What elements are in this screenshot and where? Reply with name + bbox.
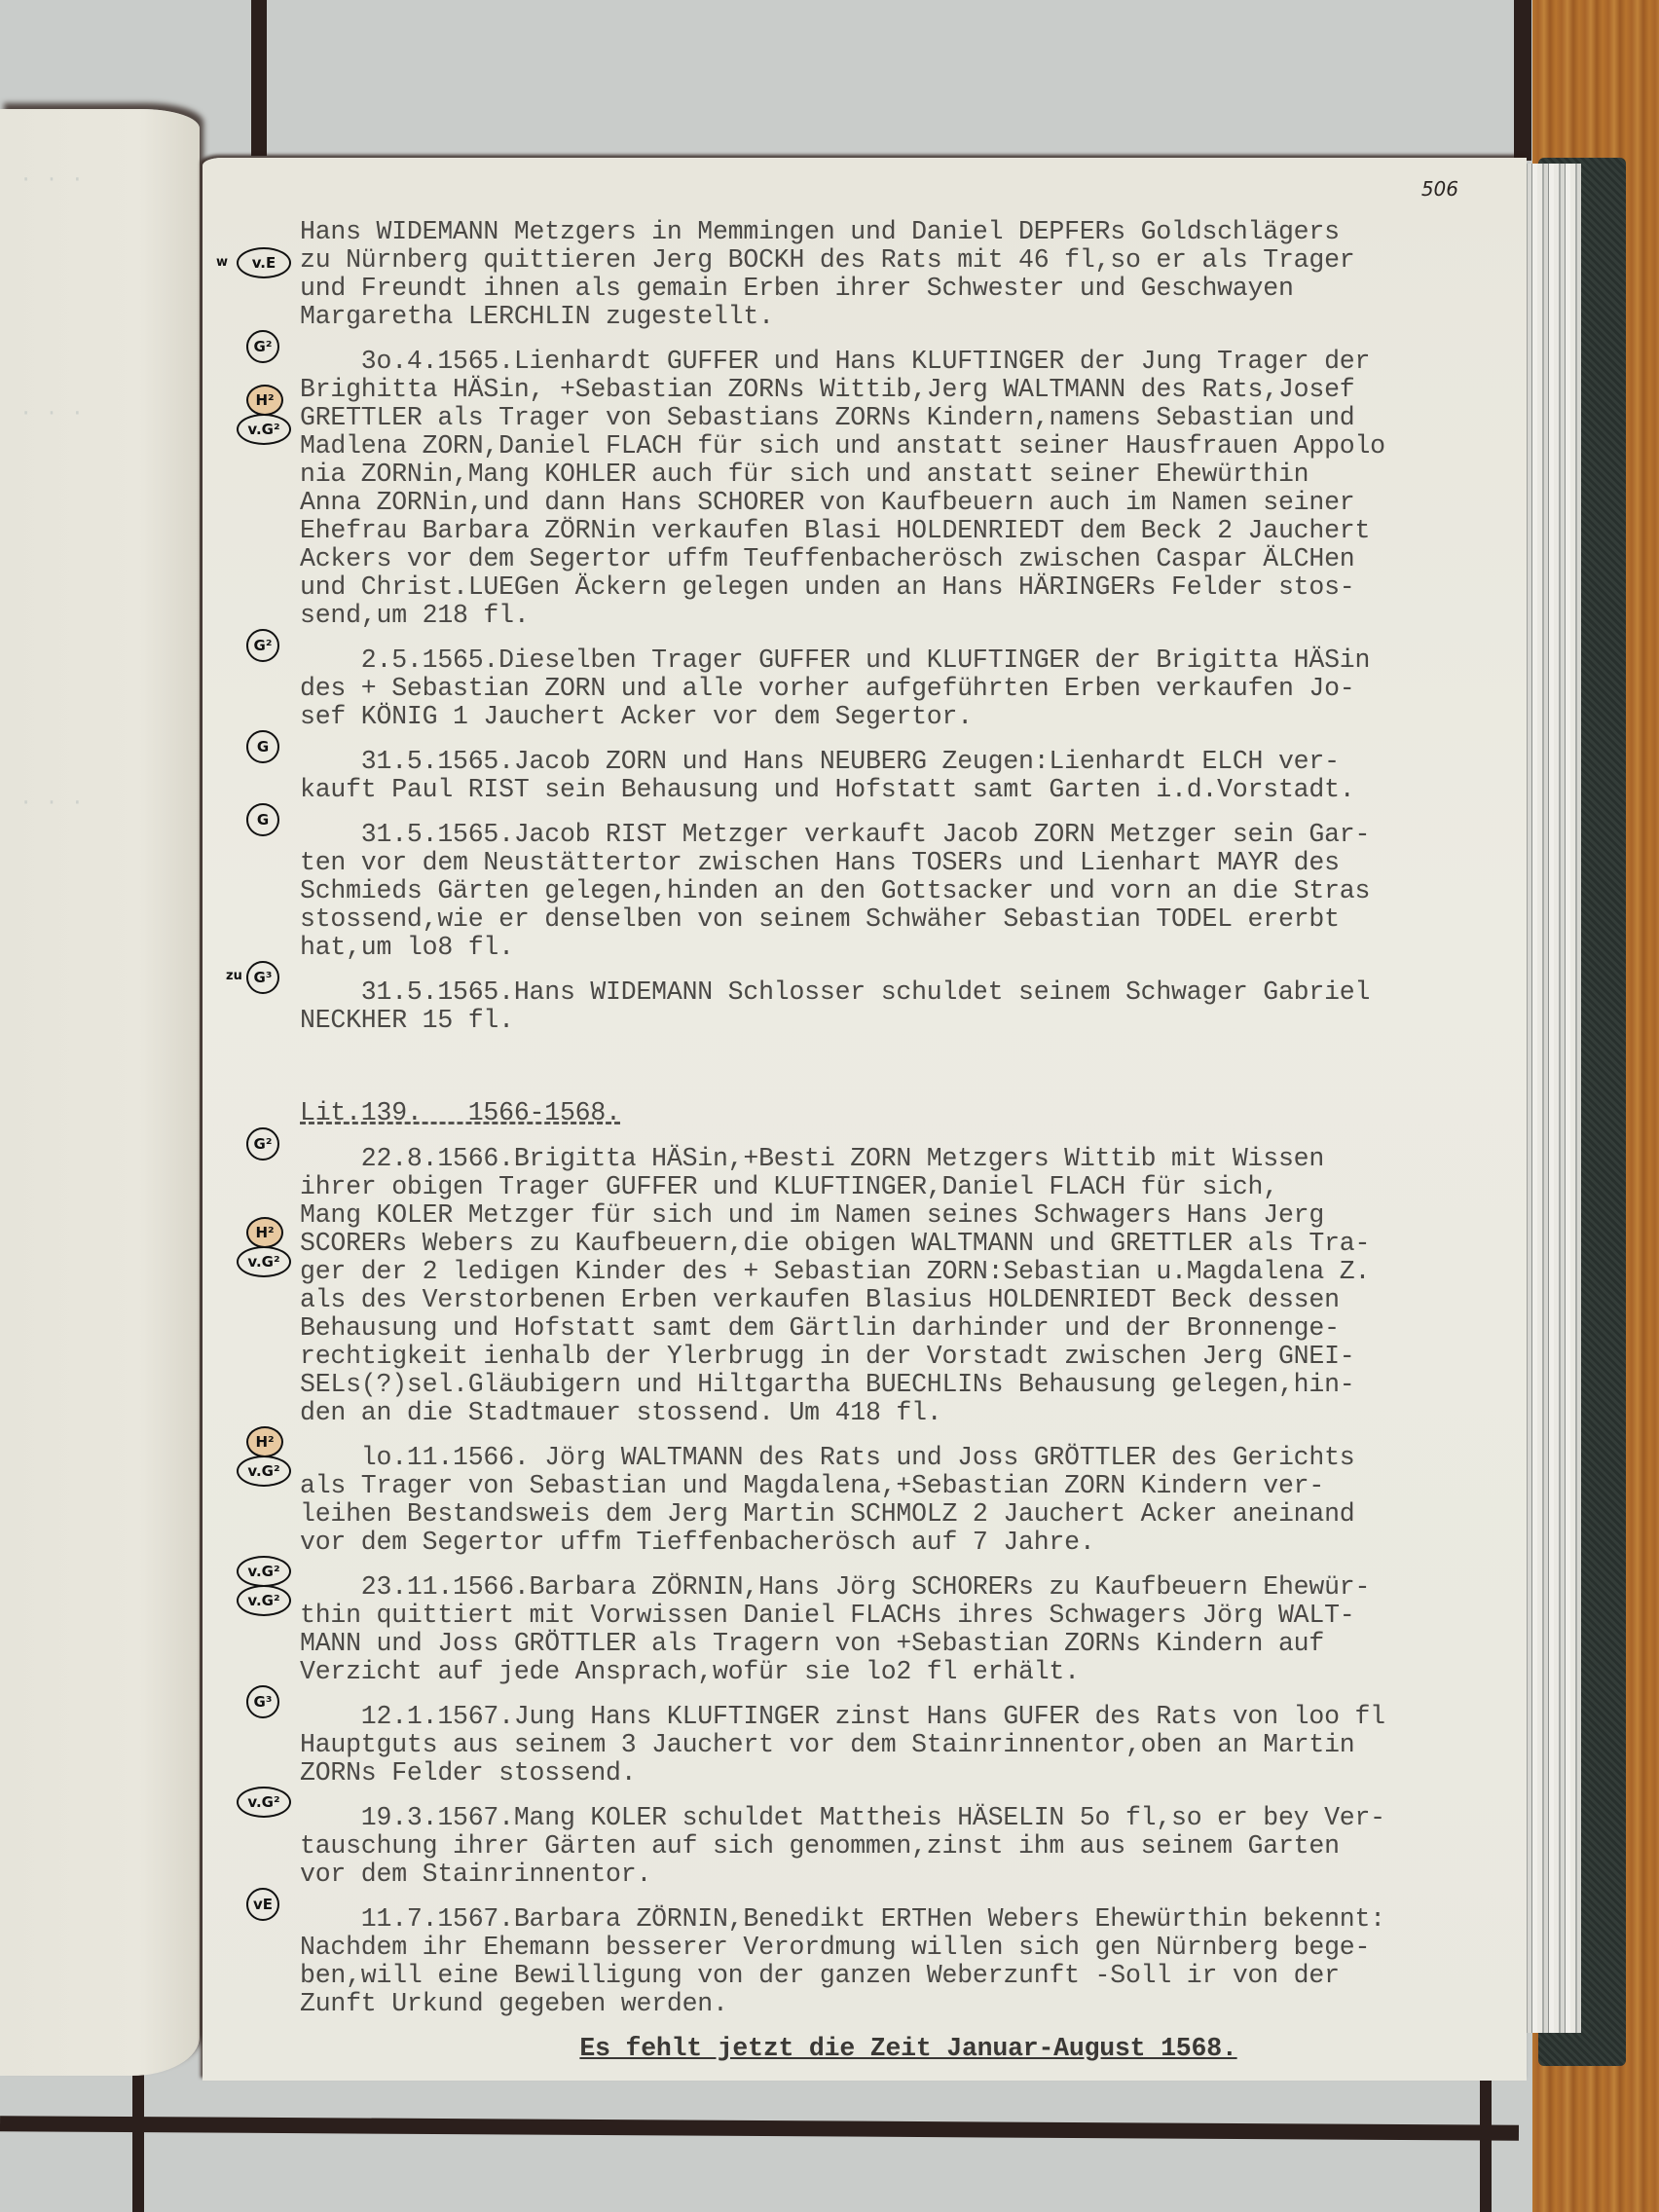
margin-annotation-badge: G	[246, 803, 279, 836]
document-entry: 11.7.1567.Barbara ZÖRNIN,Benedikt ERTHen…	[300, 1905, 1517, 2018]
margin-annotation-badge: G²	[246, 330, 279, 363]
margin-annotation-badge: G	[246, 730, 279, 763]
text-line: vor dem Segertor uffm Tieffenbacherösch …	[300, 1529, 1517, 1557]
margin-annotation-badge: v.G²	[237, 414, 291, 445]
floor-tile-grout-vertical	[251, 0, 267, 156]
text-line: ihrer obigen Trager GUFFER und KLUFTINGE…	[300, 1173, 1517, 1201]
margin-annotation-badge: H²	[246, 1426, 283, 1457]
margin-annotation-badge: v.G²	[237, 1787, 291, 1818]
text-line: 2.5.1565.Dieselben Trager GUFFER und KLU…	[300, 646, 1517, 675]
text-line: leihen Bestandsweis dem Jerg Martin SCHM…	[300, 1500, 1517, 1529]
text-line: Mang KOLER Metzger für sich und im Namen…	[300, 1201, 1517, 1230]
document-entry: 3o.4.1565.Lienhardt GUFFER und Hans KLUF…	[300, 348, 1517, 630]
text-line: Hans WIDEMANN Metzgers in Memmingen und …	[300, 218, 1517, 246]
entries-1565: Hans WIDEMANN Metzgers in Memmingen und …	[300, 218, 1517, 1035]
text-line: als Trager von Sebastian und Magdalena,+…	[300, 1472, 1517, 1500]
page-edge-stack	[1521, 164, 1581, 2033]
text-line: 22.8.1566.Brigitta HÄSin,+Besti ZORN Met…	[300, 1145, 1517, 1173]
text-line: Behausung und Hofstatt samt dem Gärtlin …	[300, 1314, 1517, 1343]
text-line: und Freundt ihnen als gemain Erben ihrer…	[300, 275, 1517, 303]
text-line: Brighitta HÄSin, +Sebastian ZORNs Wittib…	[300, 376, 1517, 404]
text-line: stossend,wie er denselben von seinem Sch…	[300, 905, 1517, 934]
floor-tile-grout-vertical	[132, 2072, 144, 2212]
text-line: Hauptguts aus seinem 3 Jauchert vor dem …	[300, 1731, 1517, 1759]
text-line: 12.1.1567.Jung Hans KLUFTINGER zinst Han…	[300, 1703, 1517, 1731]
entries-1566-1568: 22.8.1566.Brigitta HÄSin,+Besti ZORN Met…	[300, 1145, 1517, 2018]
document-page: 506 Hans WIDEMANN Metzgers in Memmingen …	[203, 158, 1527, 2081]
document-entry: Hans WIDEMANN Metzgers in Memmingen und …	[300, 218, 1517, 331]
closing-note: Es fehlt jetzt die Zeit Januar-August 15…	[300, 2035, 1517, 2063]
text-line: SELs(?)sel.Gläubigern und Hiltgartha BUE…	[300, 1371, 1517, 1399]
document-entry: 2.5.1565.Dieselben Trager GUFFER und KLU…	[300, 646, 1517, 731]
bleed-through-text: · · ·	[19, 401, 84, 425]
text-line: ten vor dem Neustättertor zwischen Hans …	[300, 849, 1517, 877]
text-line: Nachdem ihr Ehemann besserer Verordmung …	[300, 1934, 1517, 1962]
margin-annotation-badge: v.G²	[237, 1556, 291, 1587]
text-line: 31.5.1565.Jacob RIST Metzger verkauft Ja…	[300, 821, 1517, 849]
text-line: lo.11.1566. Jörg WALTMANN des Rats und J…	[300, 1444, 1517, 1472]
text-line: 3o.4.1565.Lienhardt GUFFER und Hans KLUF…	[300, 348, 1517, 376]
text-line: rechtigkeit ienhalb der Ylerbrugg in der…	[300, 1343, 1517, 1371]
margin-annotation-badge: v.G²	[237, 1456, 291, 1487]
margin-annotation-prefix: zu	[226, 969, 242, 983]
text-line: Anna ZORNin,und dann Hans SCHORER von Ka…	[300, 489, 1517, 517]
text-line: den an die Stadtmauer stossend. Um 418 f…	[300, 1399, 1517, 1427]
text-line: ZORNs Felder stossend.	[300, 1759, 1517, 1788]
text-line: 11.7.1567.Barbara ZÖRNIN,Benedikt ERTHen…	[300, 1905, 1517, 1934]
document-entry: 12.1.1567.Jung Hans KLUFTINGER zinst Han…	[300, 1703, 1517, 1788]
margin-annotation-badge: G²	[246, 629, 279, 662]
floor-tile-grout-horizontal	[0, 2116, 1519, 2141]
text-line: Zunft Urkund gegeben werden.	[300, 1990, 1517, 2018]
document-entry: 31.5.1565.Jacob RIST Metzger verkauft Ja…	[300, 821, 1517, 962]
text-line: nia ZORNin,Mang KOHLER auch für sich und…	[300, 461, 1517, 489]
document-entry: 31.5.1565.Jacob ZORN und Hans NEUBERG Ze…	[300, 748, 1517, 804]
text-line: ben,will eine Bewilligung von der ganzen…	[300, 1962, 1517, 1990]
facing-page-left: · · · · · · · · ·	[0, 109, 200, 2076]
document-entry: 31.5.1565.Hans WIDEMANN Schlosser schuld…	[300, 978, 1517, 1035]
margin-annotation-badge: vE	[246, 1888, 279, 1921]
text-line: vor dem Stainrinnentor.	[300, 1861, 1517, 1889]
text-line: Ehefrau Barbara ZÖRNin verkaufen Blasi H…	[300, 517, 1517, 545]
text-line: 31.5.1565.Hans WIDEMANN Schlosser schuld…	[300, 978, 1517, 1007]
text-line: GRETTLER als Trager von Sebastians ZORNs…	[300, 404, 1517, 432]
text-line: NECKHER 15 fl.	[300, 1007, 1517, 1035]
text-line: sef KÖNIG 1 Jauchert Acker vor dem Seger…	[300, 703, 1517, 731]
text-line: ger der 2 ledigen Kinder des + Sebastian…	[300, 1258, 1517, 1286]
floor-tile-grout-vertical	[1514, 0, 1531, 161]
page-body: Hans WIDEMANN Metzgers in Memmingen und …	[300, 218, 1517, 2063]
page-number: 506	[1421, 177, 1458, 201]
section-heading: Lit.139. 1566-1568.	[300, 1099, 1517, 1127]
text-line: Margaretha LERCHLIN zugestellt.	[300, 303, 1517, 331]
text-line: tauschung ihrer Gärten auf sich genommen…	[300, 1832, 1517, 1861]
text-line: und Christ.LUEGen Äckern gelegen unden a…	[300, 573, 1517, 602]
margin-annotation-badge: G³	[246, 961, 279, 994]
text-line: Ackers vor dem Segertor uffm Teuffenbach…	[300, 545, 1517, 573]
document-entry: lo.11.1566. Jörg WALTMANN des Rats und J…	[300, 1444, 1517, 1557]
text-line: MANN und Joss GRÖTTLER als Tragern von +…	[300, 1630, 1517, 1658]
margin-annotation-badge: H²	[246, 1217, 283, 1248]
margin-annotation-prefix: w	[216, 255, 228, 270]
text-line: 23.11.1566.Barbara ZÖRNIN,Hans Jörg SCHO…	[300, 1573, 1517, 1602]
document-entry: 22.8.1566.Brigitta HÄSin,+Besti ZORN Met…	[300, 1145, 1517, 1427]
margin-annotation-badge: G³	[246, 1685, 279, 1718]
margin-annotation-badge: v.G²	[237, 1585, 291, 1616]
floor-tile-grout-vertical	[1480, 2074, 1492, 2212]
text-line: als des Verstorbenen Erben verkaufen Bla…	[300, 1286, 1517, 1314]
margin-annotation-badge: G²	[246, 1127, 279, 1161]
bleed-through-text: · · ·	[19, 791, 84, 815]
text-line: 19.3.1567.Mang KOLER schuldet Mattheis H…	[300, 1804, 1517, 1832]
margin-annotation-badge: v.E	[237, 247, 291, 278]
bleed-through-text: · · ·	[19, 167, 84, 192]
text-line: SCORERs Webers zu Kaufbeuern,die obigen …	[300, 1230, 1517, 1258]
text-line: thin quittiert mit Vorwissen Daniel FLAC…	[300, 1602, 1517, 1630]
text-line: des + Sebastian ZORN und alle vorher auf…	[300, 675, 1517, 703]
text-line: Schmieds Gärten gelegen,hinden an den Go…	[300, 877, 1517, 905]
margin-annotation-badge: v.G²	[237, 1246, 291, 1277]
text-line: 31.5.1565.Jacob ZORN und Hans NEUBERG Ze…	[300, 748, 1517, 776]
text-line: kauft Paul RIST sein Behausung und Hofst…	[300, 776, 1517, 804]
text-line: hat,um lo8 fl.	[300, 934, 1517, 962]
text-line: send,um 218 fl.	[300, 602, 1517, 630]
margin-annotation-badge: H²	[246, 385, 283, 416]
document-entry: 19.3.1567.Mang KOLER schuldet Mattheis H…	[300, 1804, 1517, 1889]
text-line: Verzicht auf jede Ansprach,wofür sie lo2…	[300, 1658, 1517, 1686]
text-line: zu Nürnberg quittieren Jerg BOCKH des Ra…	[300, 246, 1517, 275]
document-entry: 23.11.1566.Barbara ZÖRNIN,Hans Jörg SCHO…	[300, 1573, 1517, 1686]
text-line: Madlena ZORN,Daniel FLACH für sich und a…	[300, 432, 1517, 461]
